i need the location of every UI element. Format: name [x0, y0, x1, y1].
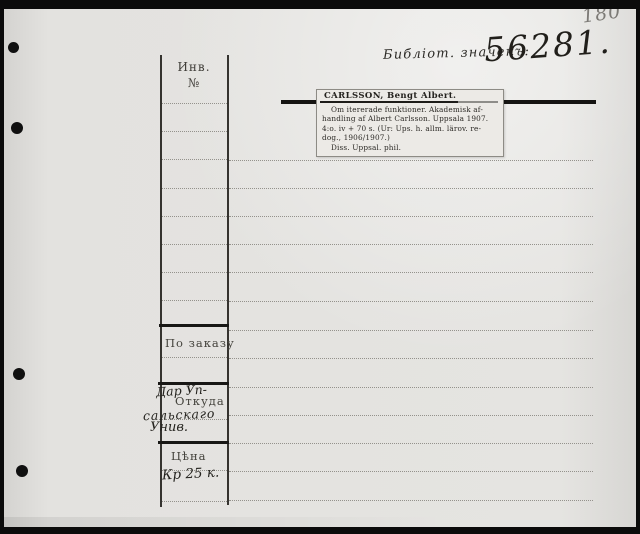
origin-handwritten-line3: Унив.	[150, 420, 188, 435]
pasted-catalog-slip: CARLSSON, Bengt Albert. Om itererade fun…	[316, 89, 504, 157]
scanned-catalog-card: 180 Библіот. значекъ: 56281. Инв. № По з…	[0, 0, 640, 534]
ruled-line	[229, 272, 593, 273]
scan-border-right	[636, 0, 640, 534]
ruled-line	[229, 188, 593, 189]
punch-hole	[8, 42, 19, 53]
slip-heading-rule	[320, 101, 458, 103]
ruled-line	[162, 244, 227, 245]
ruled-line	[162, 216, 227, 217]
ruled-line	[229, 358, 593, 359]
ruled-line	[229, 160, 593, 161]
origin-handwritten-line1: Дар Уп-	[156, 382, 208, 400]
slip-body-line: 4:o. iv + 70 s. (Ur: Ups. h. allm. lärov…	[322, 124, 499, 133]
ruled-line	[162, 357, 227, 358]
on-order-label: По заказу	[165, 336, 235, 350]
ruled-line	[162, 300, 227, 301]
column-rule-left	[160, 55, 162, 507]
ruled-line	[162, 131, 227, 132]
scan-border-top	[0, 0, 640, 9]
ruled-line	[229, 301, 593, 302]
price-label: Цѣна	[171, 449, 207, 463]
ruled-line	[229, 415, 593, 416]
price-handwritten: Кр 25 к.	[162, 465, 220, 484]
card-paper	[4, 9, 637, 527]
scan-border-bottom	[0, 527, 640, 534]
ruled-line	[229, 471, 593, 472]
slip-body: Om itererade funktioner. Akademisk af- h…	[322, 105, 499, 152]
ruled-line	[229, 387, 593, 388]
ruled-line	[162, 103, 227, 104]
slip-body-line: Diss. Uppsal. phil.	[322, 143, 499, 152]
author-rule-right	[501, 100, 596, 104]
ruled-line	[162, 272, 227, 273]
punch-hole	[13, 368, 25, 380]
ruled-line	[162, 159, 227, 160]
slip-body-line: Om itererade funktioner. Akademisk af-	[322, 105, 499, 114]
section-separator	[158, 441, 229, 444]
punch-hole	[11, 122, 23, 134]
ruled-line	[229, 216, 593, 217]
slip-author-heading: CARLSSON, Bengt Albert.	[324, 91, 496, 101]
ruled-line	[229, 443, 593, 444]
ruled-line	[229, 330, 593, 331]
inventory-label-line2: №	[160, 76, 228, 90]
punch-hole	[16, 465, 28, 477]
section-separator	[159, 324, 229, 327]
ruled-line	[229, 500, 593, 501]
ruled-line	[229, 244, 593, 245]
ruled-line	[162, 188, 227, 189]
scan-border-left	[0, 0, 4, 534]
column-rule-right	[227, 55, 229, 505]
slip-body-line: dog., 1906/1907.)	[322, 133, 499, 142]
author-rule-left	[281, 100, 317, 104]
slip-body-line: handling af Albert Carlsson. Uppsala 190…	[322, 114, 499, 123]
inventory-label-line1: Инв.	[160, 60, 228, 74]
ruled-line	[162, 501, 227, 502]
slip-heading-rule-faint	[458, 101, 498, 103]
